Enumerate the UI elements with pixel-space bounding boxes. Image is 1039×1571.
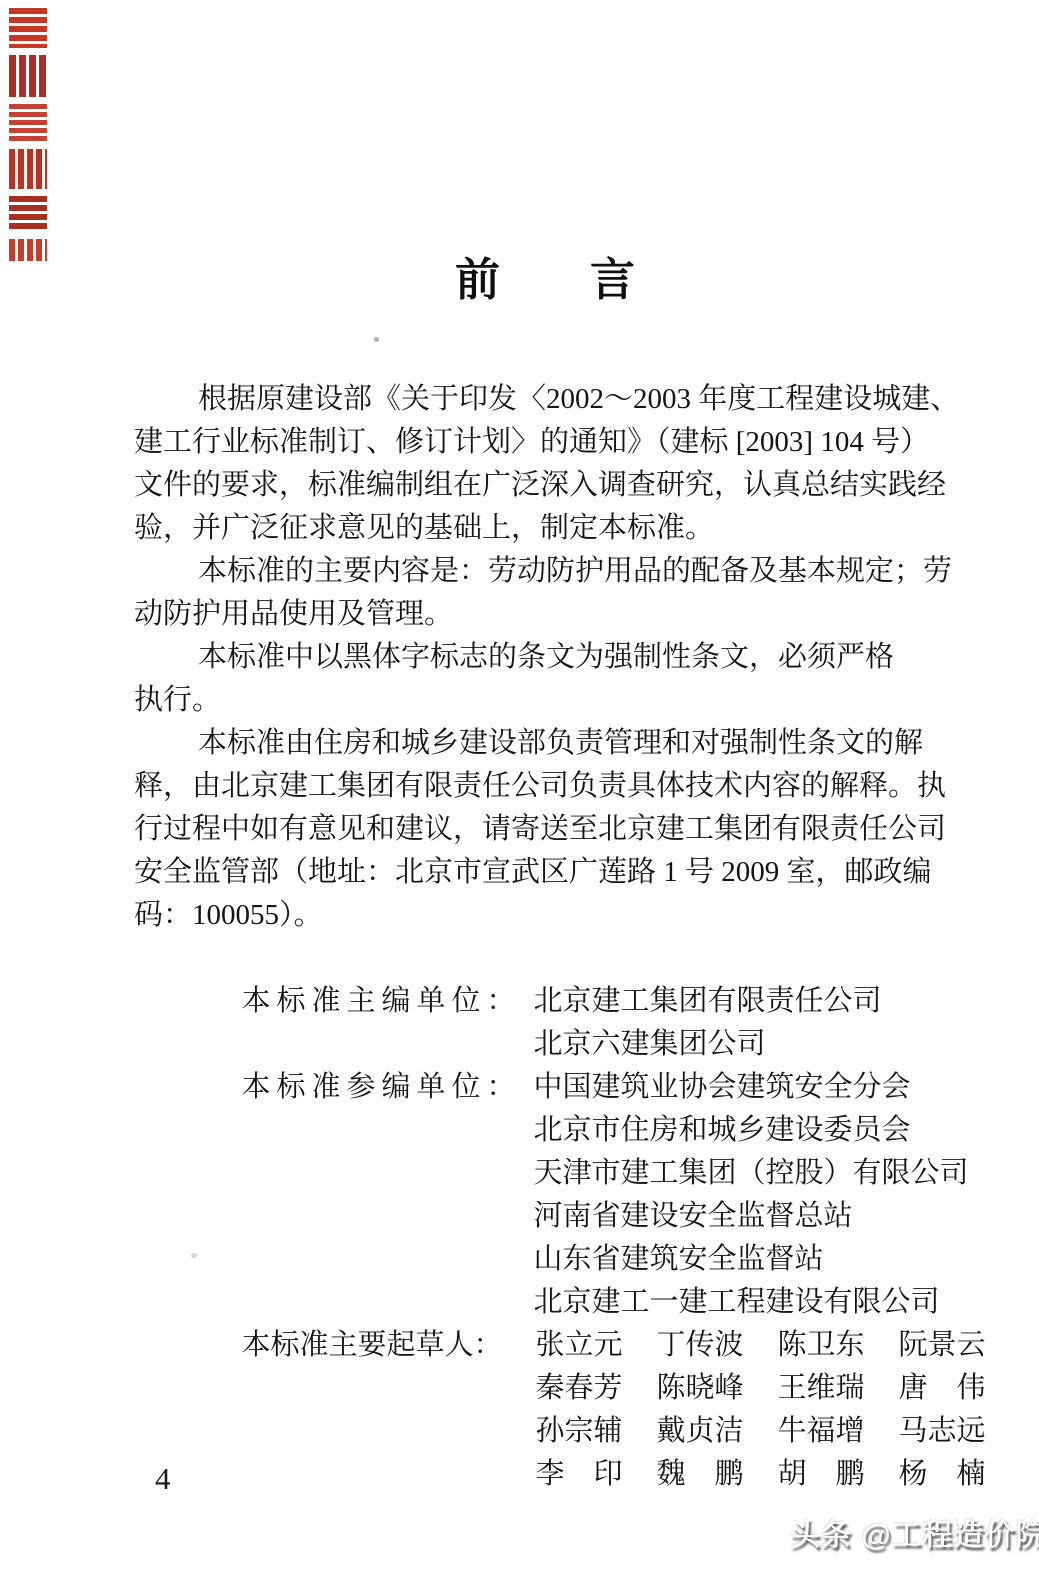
drafter-name: 秦春芳 (536, 1367, 657, 1410)
red-edge-marks (9, 8, 47, 268)
red-mark (9, 196, 47, 232)
unit-name: 天津市建工集团（控股）有限公司 (534, 1157, 969, 1189)
foreword-line: 行过程中如有意见和建议，请寄送至北京建工集团有限责任公司 (134, 808, 994, 851)
red-mark (9, 239, 47, 261)
red-mark (9, 55, 47, 97)
foreword-line: 码：100055）。 (134, 894, 994, 937)
scan-speck (374, 337, 379, 342)
watermark: 头条 @工程造价院 (790, 1510, 1039, 1554)
page-title: 前 言 (455, 256, 635, 306)
foreword-line: 验，并广泛征求意见的基础上，制定本标准。 (134, 507, 994, 550)
foreword-line: 安全监管部（地址：北京市宣武区广莲路 1 号 2009 室，邮政编 (134, 851, 994, 894)
foreword-line: 本标准的主要内容是：劳动防护用品的配备及基本规定；劳 (134, 550, 994, 593)
drafter-name: 张立元 (536, 1324, 657, 1367)
foreword-line: 释，由北京建工集团有限责任公司负责具体技术内容的解释。执 (134, 765, 994, 808)
unit-name: 北京建工一建工程建设有限公司 (534, 1286, 940, 1318)
drafter-name: 阮景云 (899, 1324, 1020, 1367)
drafter-name: 王维瑞 (778, 1367, 899, 1410)
drafters-label: 本标准主要起草人： (242, 1324, 536, 1367)
drafter-name: 马志远 (899, 1410, 1020, 1453)
drafter-name: 陈卫东 (778, 1324, 899, 1367)
drafter-name: 唐 伟 (899, 1367, 1020, 1410)
unit-name: 中国建筑业协会建筑安全分会 (534, 1071, 911, 1103)
drafter-name: 魏 鹏 (657, 1453, 778, 1496)
page-number: 4 (155, 1461, 171, 1497)
drafter-name: 杨 楠 (899, 1453, 1020, 1496)
drafter-name: 孙宗辅 (536, 1410, 657, 1453)
red-mark (9, 149, 47, 189)
foreword-line: 本标准由住房和城乡建设部负责管理和对强制性条文的解 (134, 722, 994, 765)
unit-name: 北京市住房和城乡建设委员会 (534, 1114, 911, 1146)
red-mark (9, 8, 47, 48)
unit-name: 河南省建设安全监督总站 (534, 1200, 853, 1232)
foreword-line: 建工行业标准制订、修订计划〉的通知》（建标 [2003] 104 号） (134, 421, 994, 464)
red-mark (9, 104, 47, 142)
foreword-body: 根据原建设部《关于印发〈2002～2003 年度工程建设城建、 建工行业标准制订… (134, 378, 994, 1453)
foreword-line: 执行。 (134, 679, 994, 722)
drafter-name: 牛福增 (778, 1410, 899, 1453)
drafter-name: 李 印 (536, 1453, 657, 1496)
chief-editor-line: 本标准主编单位：北京建工集团有限责任公司 (134, 937, 994, 980)
participating-editor-label: 本标准参编单位： (242, 1066, 534, 1109)
document-page: 前 言 根据原建设部《关于印发〈2002～2003 年度工程建设城建、 建工行业… (0, 0, 1039, 1571)
foreword-line: 动防护用品使用及管理。 (134, 593, 994, 636)
unit-name: 北京六建集团公司 (534, 1028, 766, 1060)
foreword-line: 本标准中以黑体字标志的条文为强制性条文，必须严格 (134, 636, 994, 679)
drafter-name: 胡 鹏 (778, 1453, 899, 1496)
drafter-name: 丁传波 (657, 1324, 778, 1367)
foreword-line: 根据原建设部《关于印发〈2002～2003 年度工程建设城建、 (134, 378, 994, 421)
drafter-name: 陈晓峰 (657, 1367, 778, 1410)
chief-editor-label: 本标准主编单位： (242, 980, 534, 1023)
unit-name: 北京建工集团有限责任公司 (534, 985, 882, 1017)
drafter-name: 戴贞洁 (657, 1410, 778, 1453)
foreword-line: 文件的要求，标准编制组在广泛深入调查研究，认真总结实践经 (134, 464, 994, 507)
unit-name: 山东省建筑安全监督站 (534, 1243, 824, 1275)
